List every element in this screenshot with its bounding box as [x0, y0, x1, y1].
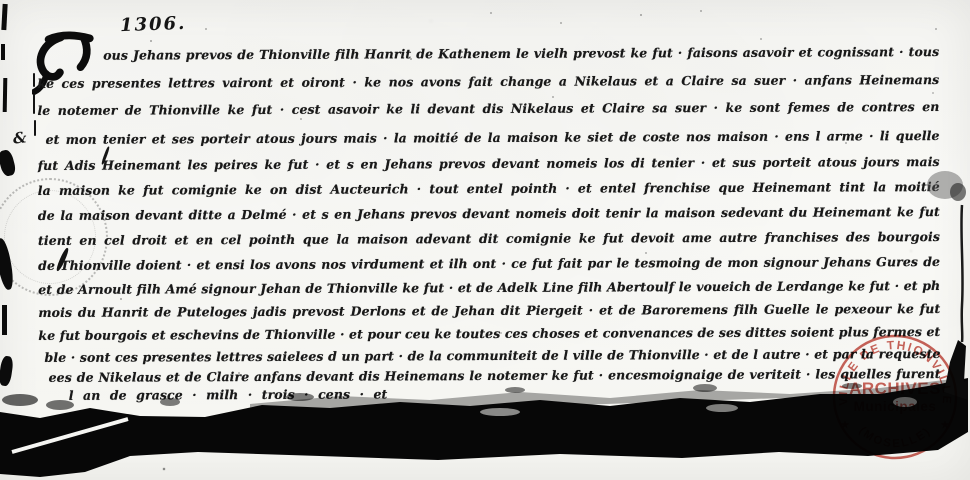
manuscript-line: et mon tenier et ses porteir atous jours… — [46, 126, 940, 152]
manuscript-line: ous Jehans prevos de Thionville filh Han… — [103, 42, 939, 68]
stamp-center-line2: Municipales — [854, 399, 937, 414]
margin-tick — [33, 73, 35, 87]
manuscript-line: de la maison devant ditte a Delmé · et s… — [38, 202, 940, 228]
archive-stamp: VILLE DE THIONVILLE (MOSELLE) ★ ★ ARCHIV… — [820, 322, 970, 472]
manuscript-line: le notemer de Thionville ke fut · cest a… — [37, 97, 939, 123]
manuscript-line: tient en cel droit et en cel pointh que … — [38, 227, 940, 253]
stamp-star-left: ★ — [841, 420, 850, 431]
manuscript-line: mois du Hanrit de Puteloges jadis prevos… — [38, 299, 940, 325]
dust-specks — [0, 0, 2, 2]
manuscript-line: fut Adis Heinemant les peires ke fut · e… — [38, 152, 940, 178]
charter-scan: 1306. N & ous Jehans prevos de Thionvill… — [0, 0, 970, 480]
left-edge-mark — [3, 78, 8, 112]
stamp-center-line1: ARCHIVES — [849, 379, 941, 398]
manuscript-line: l an de grasce · milh · trois · cens · e… — [69, 384, 399, 407]
manuscript-line: la maison ke fut comignie ke on dist Auc… — [38, 177, 940, 203]
left-edge-mark — [2, 305, 7, 335]
manuscript-line: et de Arnoult filh Amé signour Jehan de … — [38, 276, 940, 302]
margin-tick — [34, 120, 36, 136]
stamp-star-right: ★ — [941, 420, 950, 431]
margin-tick — [33, 94, 35, 114]
manuscript-line: de Thionville doient · et ensi los avons… — [38, 252, 940, 278]
stamp-arc-bottom-text: (MOSELLE) — [856, 425, 933, 450]
left-edge-mark — [1, 44, 5, 60]
manuscript-line: ke ces presentes lettres vairont et oiro… — [37, 70, 939, 96]
